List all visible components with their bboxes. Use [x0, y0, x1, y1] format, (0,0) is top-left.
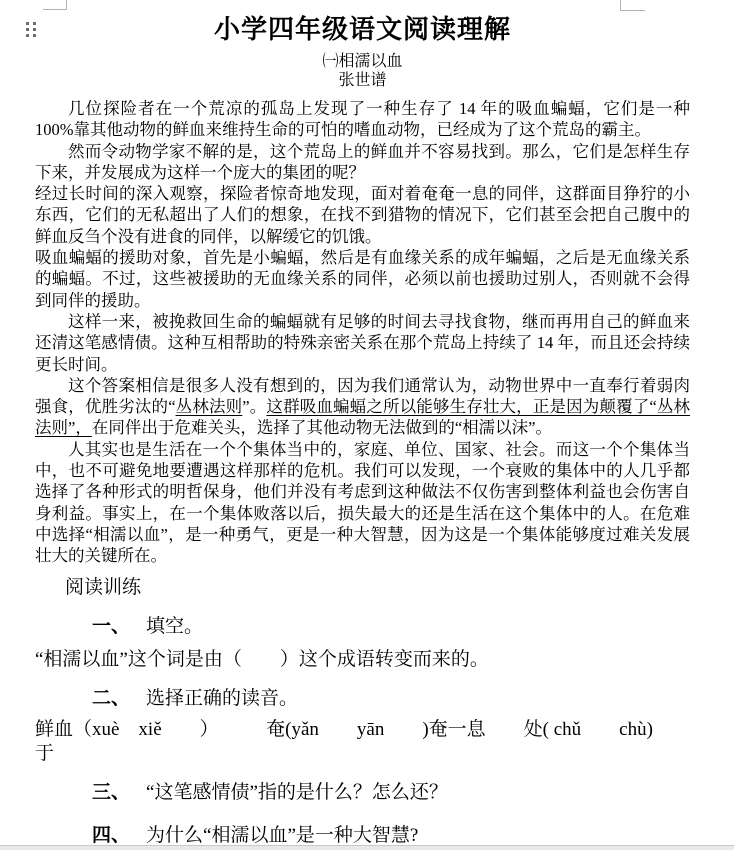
question-1-fill-blank-line: “相濡以血”这个词是由（ ）这个成语转变而来的。: [35, 648, 690, 672]
page-bottom-edge: [0, 845, 734, 850]
text-boundary-mark-top-left: [43, 9, 67, 10]
paragraph-2: 然而令动物学家不解的是，这个荒岛上的鲜血并不容易找到。那么，它们是怎样生存下来，…: [35, 141, 690, 184]
article-subtitle: ㈠相濡以血: [35, 53, 690, 71]
question-1: 一、 填空。: [92, 615, 690, 639]
article-body: 几位探险者在一个荒凉的孤岛上发现了一种生存了 14 年的吸血蝙蝠，它们是一种 1…: [35, 98, 690, 567]
question-3: 三、 “这笔感情债”指的是什么？怎么还？: [92, 781, 690, 805]
paragraph-6: 这个答案相信是很多人没有想到的，因为我们通常认为，动物世界中一直奉行着弱肉强食，…: [35, 375, 690, 439]
paragraph-5: 这样一来，被挽救回生命的蝙蝠就有足够的时间去寻找食物，继而再用自己的鲜血来还清这…: [35, 311, 690, 375]
document-content: 小学四年级语文阅读理解 ㈠相濡以血 张世谱 几位探险者在一个荒凉的孤岛上发现了一…: [0, 0, 734, 848]
text-run: 在同伴出于危难关头，选择了其他动物无法做到的“相濡以沫”。: [92, 418, 552, 437]
reading-training-section: 阅读训练 一、 填空。 “相濡以血”这个词是由（ ）这个成语转变而来的。 二、 …: [35, 576, 690, 848]
text-boundary-mark-top-right: [620, 10, 645, 11]
question-3-number: 三、: [92, 781, 130, 805]
drag-handle-icon[interactable]: [26, 22, 36, 37]
question-1-label: 填空。: [146, 615, 203, 639]
underlined-text-run: 丛林法则: [176, 397, 243, 416]
paragraph-7: 人其实也是生活在一个个集体当中的，家庭、单位、国家、社会。而这一个个集体当中，也…: [35, 439, 690, 567]
text-run: ”。: [242, 397, 266, 416]
paragraph-1: 几位探险者在一个荒凉的孤岛上发现了一种生存了 14 年的吸血蝙蝠，它们是一种 1…: [35, 98, 690, 141]
document-page: 小学四年级语文阅读理解 ㈠相濡以血 张世谱 几位探险者在一个荒凉的孤岛上发现了一…: [0, 0, 734, 850]
page-title: 小学四年级语文阅读理解: [35, 10, 690, 46]
paragraph-3: 经过长时间的深入观察，探险者惊奇地发现，面对着奄奄一息的同伴，这群面目狰狞的小东…: [35, 183, 690, 247]
article-author: 张世谱: [35, 72, 690, 90]
question-2-pinyin-line: 鲜血（xuè xiě ） 奄(yǎn yān )奄一息 处( chǔ chù) …: [35, 718, 690, 766]
text-boundary-mark-top-left: [66, 0, 67, 10]
question-2: 二、 选择正确的读音。: [92, 687, 690, 711]
paragraph-4: 吸血蝙蝠的援助对象，首先是小蝙蝠，然后是有血缘关系的成年蝙蝠，之后是无血缘关系的…: [35, 247, 690, 311]
question-2-label: 选择正确的读音。: [146, 687, 298, 711]
question-4-number: 四、: [92, 824, 130, 848]
question-1-number: 一、: [92, 615, 130, 639]
training-heading: 阅读训练: [65, 576, 690, 600]
question-4-label: 为什么“相濡以血”是一种大智慧?: [146, 824, 418, 848]
question-2-number: 二、: [92, 687, 130, 711]
question-3-label: “这笔感情债”指的是什么？怎么还？: [146, 781, 448, 805]
question-4: 四、 为什么“相濡以血”是一种大智慧?: [92, 824, 690, 848]
text-boundary-mark-top-right: [620, 0, 621, 10]
